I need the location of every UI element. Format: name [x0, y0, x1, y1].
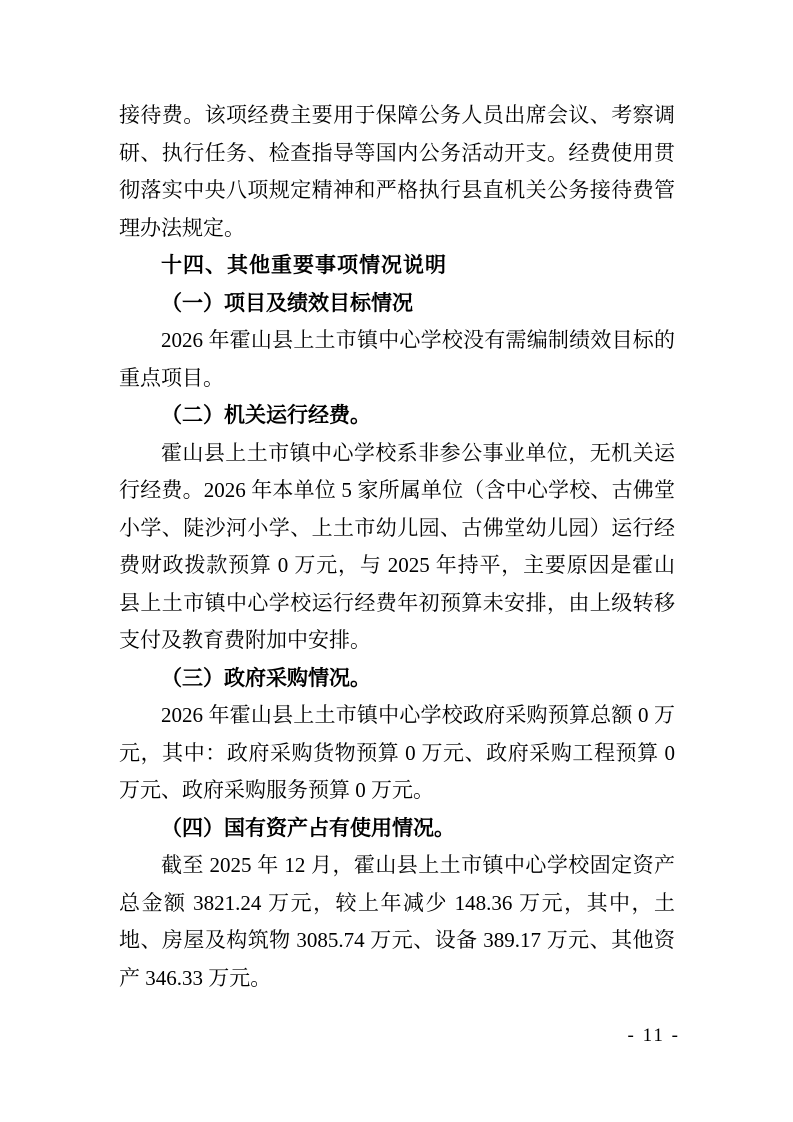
subsection-heading-agency-operating-funds: （二）机关运行经费。	[119, 397, 675, 435]
paragraph-performance-targets: 2026 年霍山县上土市镇中心学校没有需编制绩效目标的重点项目。	[119, 322, 675, 397]
document-body: 接待费。该项经费主要用于保障公务人员出席会议、考察调研、执行任务、检查指导等国内…	[119, 97, 675, 997]
paragraph-agency-operating-funds: 霍山县上土市镇中心学校系非参公事业单位，无机关运行经费。2026 年本单位 5 …	[119, 435, 675, 660]
document-page: 接待费。该项经费主要用于保障公务人员出席会议、考察调研、执行任务、检查指导等国内…	[0, 0, 793, 1122]
paragraph-reception-expense-continuation: 接待费。该项经费主要用于保障公务人员出席会议、考察调研、执行任务、检查指导等国内…	[119, 97, 675, 247]
paragraph-state-owned-assets: 截至 2025 年 12 月，霍山县上土市镇中心学校固定资产总金额 3821.2…	[119, 847, 675, 997]
paragraph-government-procurement: 2026 年霍山县上土市镇中心学校政府采购预算总额 0 万元，其中：政府采购货物…	[119, 697, 675, 810]
subsection-heading-state-owned-assets: （四）国有资产占有使用情况。	[119, 810, 675, 848]
page-number: - 11 -	[628, 1022, 680, 1050]
section-heading-other-important-matters: 十四、其他重要事项情况说明	[119, 247, 675, 285]
subsection-heading-project-performance-targets: （一）项目及绩效目标情况	[119, 285, 675, 323]
subsection-heading-government-procurement: （三）政府采购情况。	[119, 660, 675, 698]
